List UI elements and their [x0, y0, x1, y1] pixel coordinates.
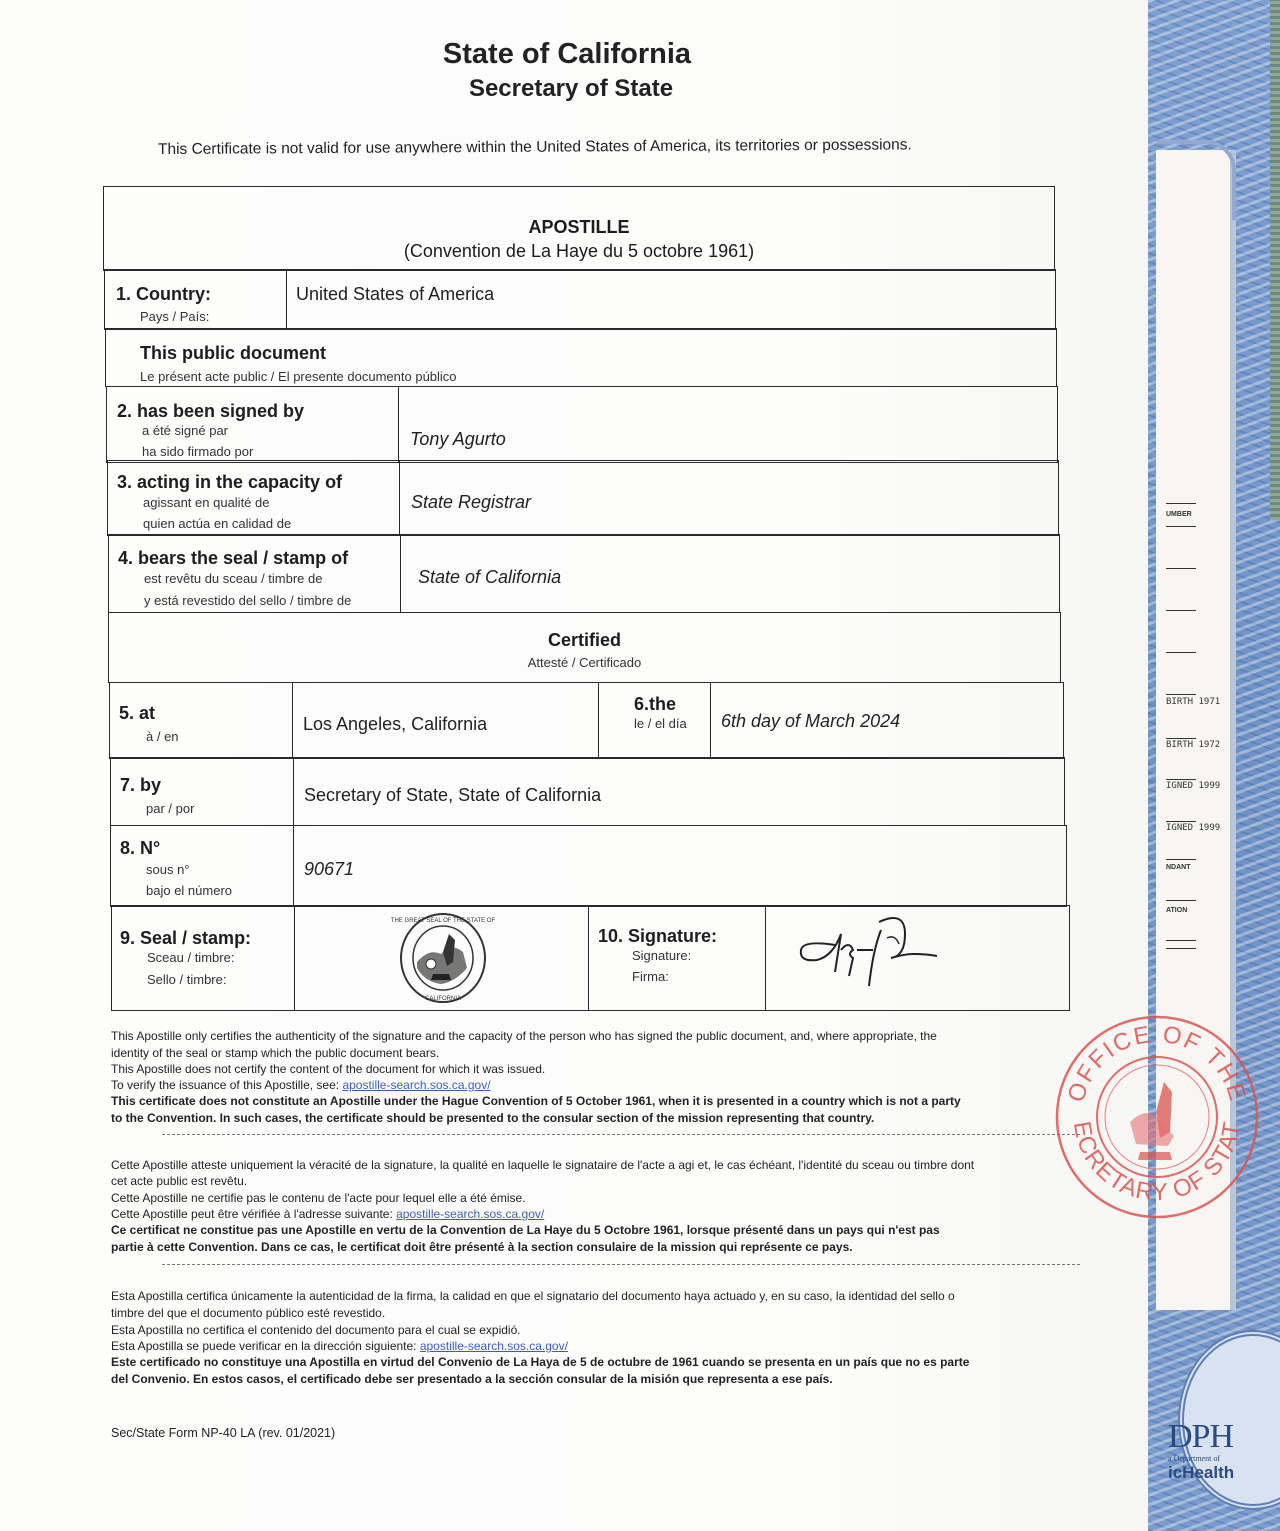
ornament-scroll-icon — [1156, 140, 1236, 220]
seal-of-value: State of California — [418, 567, 561, 588]
svg-text:CALIFORNIA: CALIFORNIA — [425, 996, 461, 1002]
at-label: 5. at — [119, 703, 155, 724]
capacity-sub-es: quien actúa en calidad de — [143, 513, 291, 534]
signed-by-value: Tony Agurto — [410, 429, 506, 450]
handwritten-signature — [795, 910, 970, 990]
number-sub-fr: sous n° — [146, 859, 190, 880]
seal-stamp-sub-es: Sello / timbre: — [147, 969, 226, 990]
seal-of-label: 4. bears the seal / stamp of — [118, 548, 348, 569]
signed-by-sub-fr: a été signé par — [142, 420, 228, 441]
verify-link-es[interactable]: apostille-search.sos.ca.gov/ — [420, 1339, 568, 1353]
verify-link-fr[interactable]: apostille-search.sos.ca.gov/ — [396, 1207, 544, 1221]
by-value: Secretary of State, State of California — [304, 785, 601, 806]
cdph-logo: DPH a Department of icHealth — [1168, 1420, 1278, 1483]
verify-link-en[interactable]: apostille-search.sos.ca.gov/ — [342, 1078, 490, 1092]
signed-by-sub-es: ha sido firmado por — [142, 441, 253, 462]
seal-stamp-sub-fr: Sceau / timbre: — [147, 947, 234, 968]
date-sub: le / el día — [634, 713, 687, 734]
document-subtitle: Secretary of State — [0, 75, 1142, 103]
validity-notice: This Certificate is not valid for use an… — [158, 136, 912, 159]
seal-stamp-label: 9. Seal / stamp: — [120, 928, 251, 949]
signed-by-label: 2. has been signed by — [117, 401, 304, 422]
seal-of-sub-es: y está revestido del sello / timbre de — [144, 590, 351, 611]
form-identifier: Sec/State Form NP-40 LA (rev. 01/2021) — [111, 1426, 335, 1440]
at-sub: à / en — [146, 726, 179, 747]
date-label: 6.the — [634, 694, 676, 715]
divider — [162, 1134, 1080, 1135]
underlying-certificate: UMBER BIRTH 1971 BIRTH 1972 IGNED 1999 I… — [1148, 0, 1280, 1531]
capacity-value: State Registrar — [411, 492, 531, 513]
divider — [162, 1264, 1080, 1265]
textured-edge — [1270, 0, 1280, 520]
public-document-sub: Le présent acte public / El presente doc… — [140, 366, 457, 387]
certified-label: Certified — [108, 630, 1061, 651]
document-title: State of California — [0, 38, 1134, 71]
seal-of-sub-fr: est revêtu du sceau / timbre de — [144, 568, 322, 589]
number-value: 90671 — [304, 859, 354, 880]
signature-sub-es: Firma: — [632, 966, 669, 987]
number-label: 8. N° — [120, 838, 160, 859]
capacity-sub-fr: agissant en qualité de — [143, 492, 269, 513]
svg-text:OFFICE OF THE: OFFICE OF THE — [1063, 1021, 1252, 1105]
capacity-label: 3. acting in the capacity of — [117, 472, 342, 493]
apostille-title: APOSTILLE — [103, 217, 1055, 238]
svg-text:THE GREAT SEAL OF THE STATE OF: THE GREAT SEAL OF THE STATE OF — [391, 918, 495, 924]
signature-label: 10. Signature: — [598, 926, 717, 947]
public-document-label: This public document — [140, 343, 326, 364]
apostille-convention: (Convention de La Haye du 5 octobre 1961… — [103, 241, 1055, 262]
country-sub: Pays / País: — [140, 306, 209, 327]
by-sub: par / por — [146, 798, 194, 819]
country-value: United States of America — [296, 284, 494, 305]
date-value: 6th day of March 2024 — [721, 711, 900, 732]
apostille-page: State of California Secretary of State T… — [0, 0, 1160, 1531]
signature-sub-fr: Signature: — [632, 945, 691, 966]
by-label: 7. by — [120, 775, 161, 796]
number-sub-es: bajo el número — [146, 880, 232, 901]
secretary-of-state-seal-icon: OFFICE OF THE SECRETARY OF STATE — [1052, 1012, 1262, 1222]
great-seal-icon: THE GREAT SEAL OF THE STATE OF CALIFORNI… — [391, 912, 496, 1004]
country-label: 1. Country: — [116, 284, 211, 305]
certified-sub: Attesté / Certificado — [108, 655, 1061, 670]
at-value: Los Angeles, California — [303, 714, 487, 735]
